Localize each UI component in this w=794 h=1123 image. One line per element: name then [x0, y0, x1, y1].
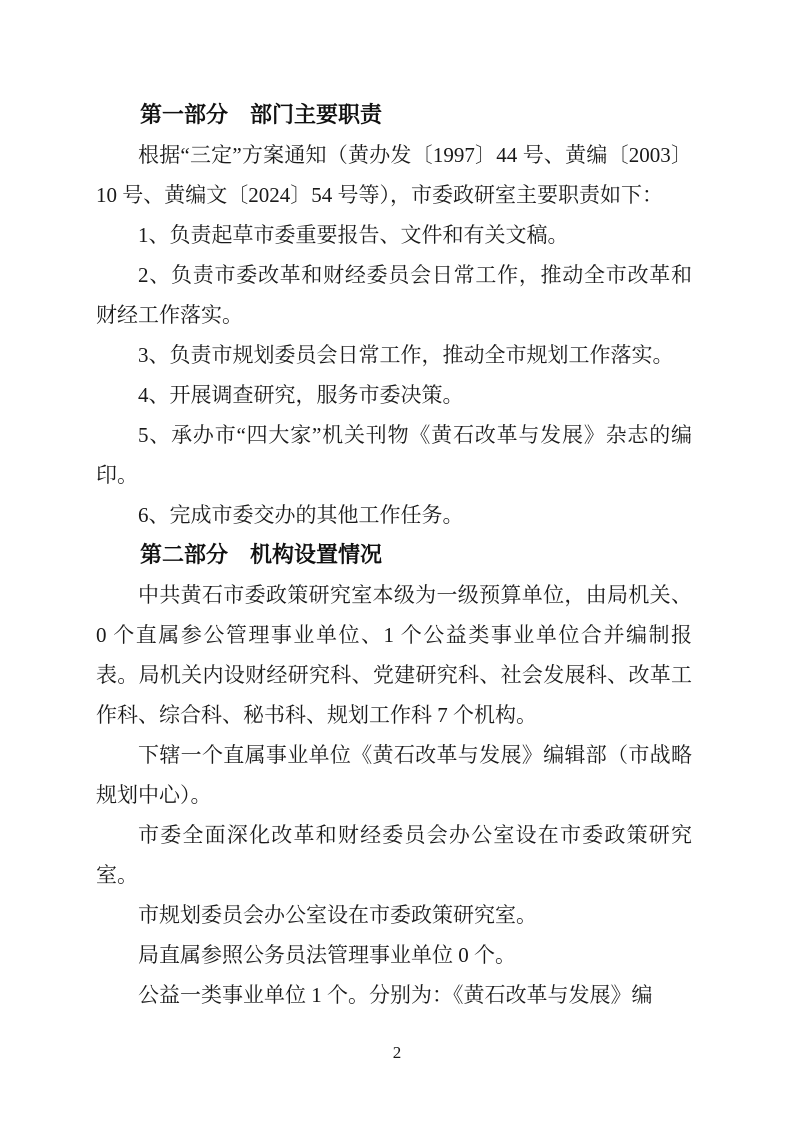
- duty-item-4: 4、开展调查研究，服务市委决策。: [96, 375, 692, 415]
- section-1-heading: 第一部分 部门主要职责: [96, 95, 692, 135]
- section-2-heading: 第二部分 机构设置情况: [96, 535, 692, 575]
- org-setup-paragraph-6: 公益一类事业单位 1 个。分别为：《黄石改革与发展》编: [96, 975, 692, 1015]
- duty-item-1: 1、负责起草市委重要报告、文件和有关文稿。: [96, 215, 692, 255]
- org-setup-paragraph-3: 市委全面深化改革和财经委员会办公室设在市委政策研究室。: [96, 815, 692, 895]
- org-setup-paragraph-5: 局直属参照公务员法管理事业单位 0 个。: [96, 935, 692, 975]
- org-setup-paragraph-1: 中共黄石市委政策研究室本级为一级预算单位，由局机关、0 个直属参公管理事业单位、…: [96, 575, 692, 735]
- org-setup-paragraph-4: 市规划委员会办公室设在市委政策研究室。: [96, 895, 692, 935]
- duty-item-5: 5、承办市“四大家”机关刊物《黄石改革与发展》杂志的编印。: [96, 415, 692, 495]
- duty-item-2: 2、负责市委改革和财经委员会日常工作，推动全市改革和财经工作落实。: [96, 255, 692, 335]
- org-setup-paragraph-2: 下辖一个直属事业单位《黄石改革与发展》编辑部（市战略规划中心）。: [96, 735, 692, 815]
- document-content: 第一部分 部门主要职责 根据“三定”方案通知（黄办发〔1997〕44 号、黄编〔…: [96, 95, 692, 1015]
- duty-item-3: 3、负责市规划委员会日常工作，推动全市规划工作落实。: [96, 335, 692, 375]
- document-page: 第一部分 部门主要职责 根据“三定”方案通知（黄办发〔1997〕44 号、黄编〔…: [0, 0, 794, 1123]
- duty-item-6: 6、完成市委交办的其他工作任务。: [96, 495, 692, 535]
- section-1-intro-paragraph: 根据“三定”方案通知（黄办发〔1997〕44 号、黄编〔2003〕10 号、黄编…: [96, 135, 692, 215]
- page-number: 2: [0, 1044, 794, 1061]
